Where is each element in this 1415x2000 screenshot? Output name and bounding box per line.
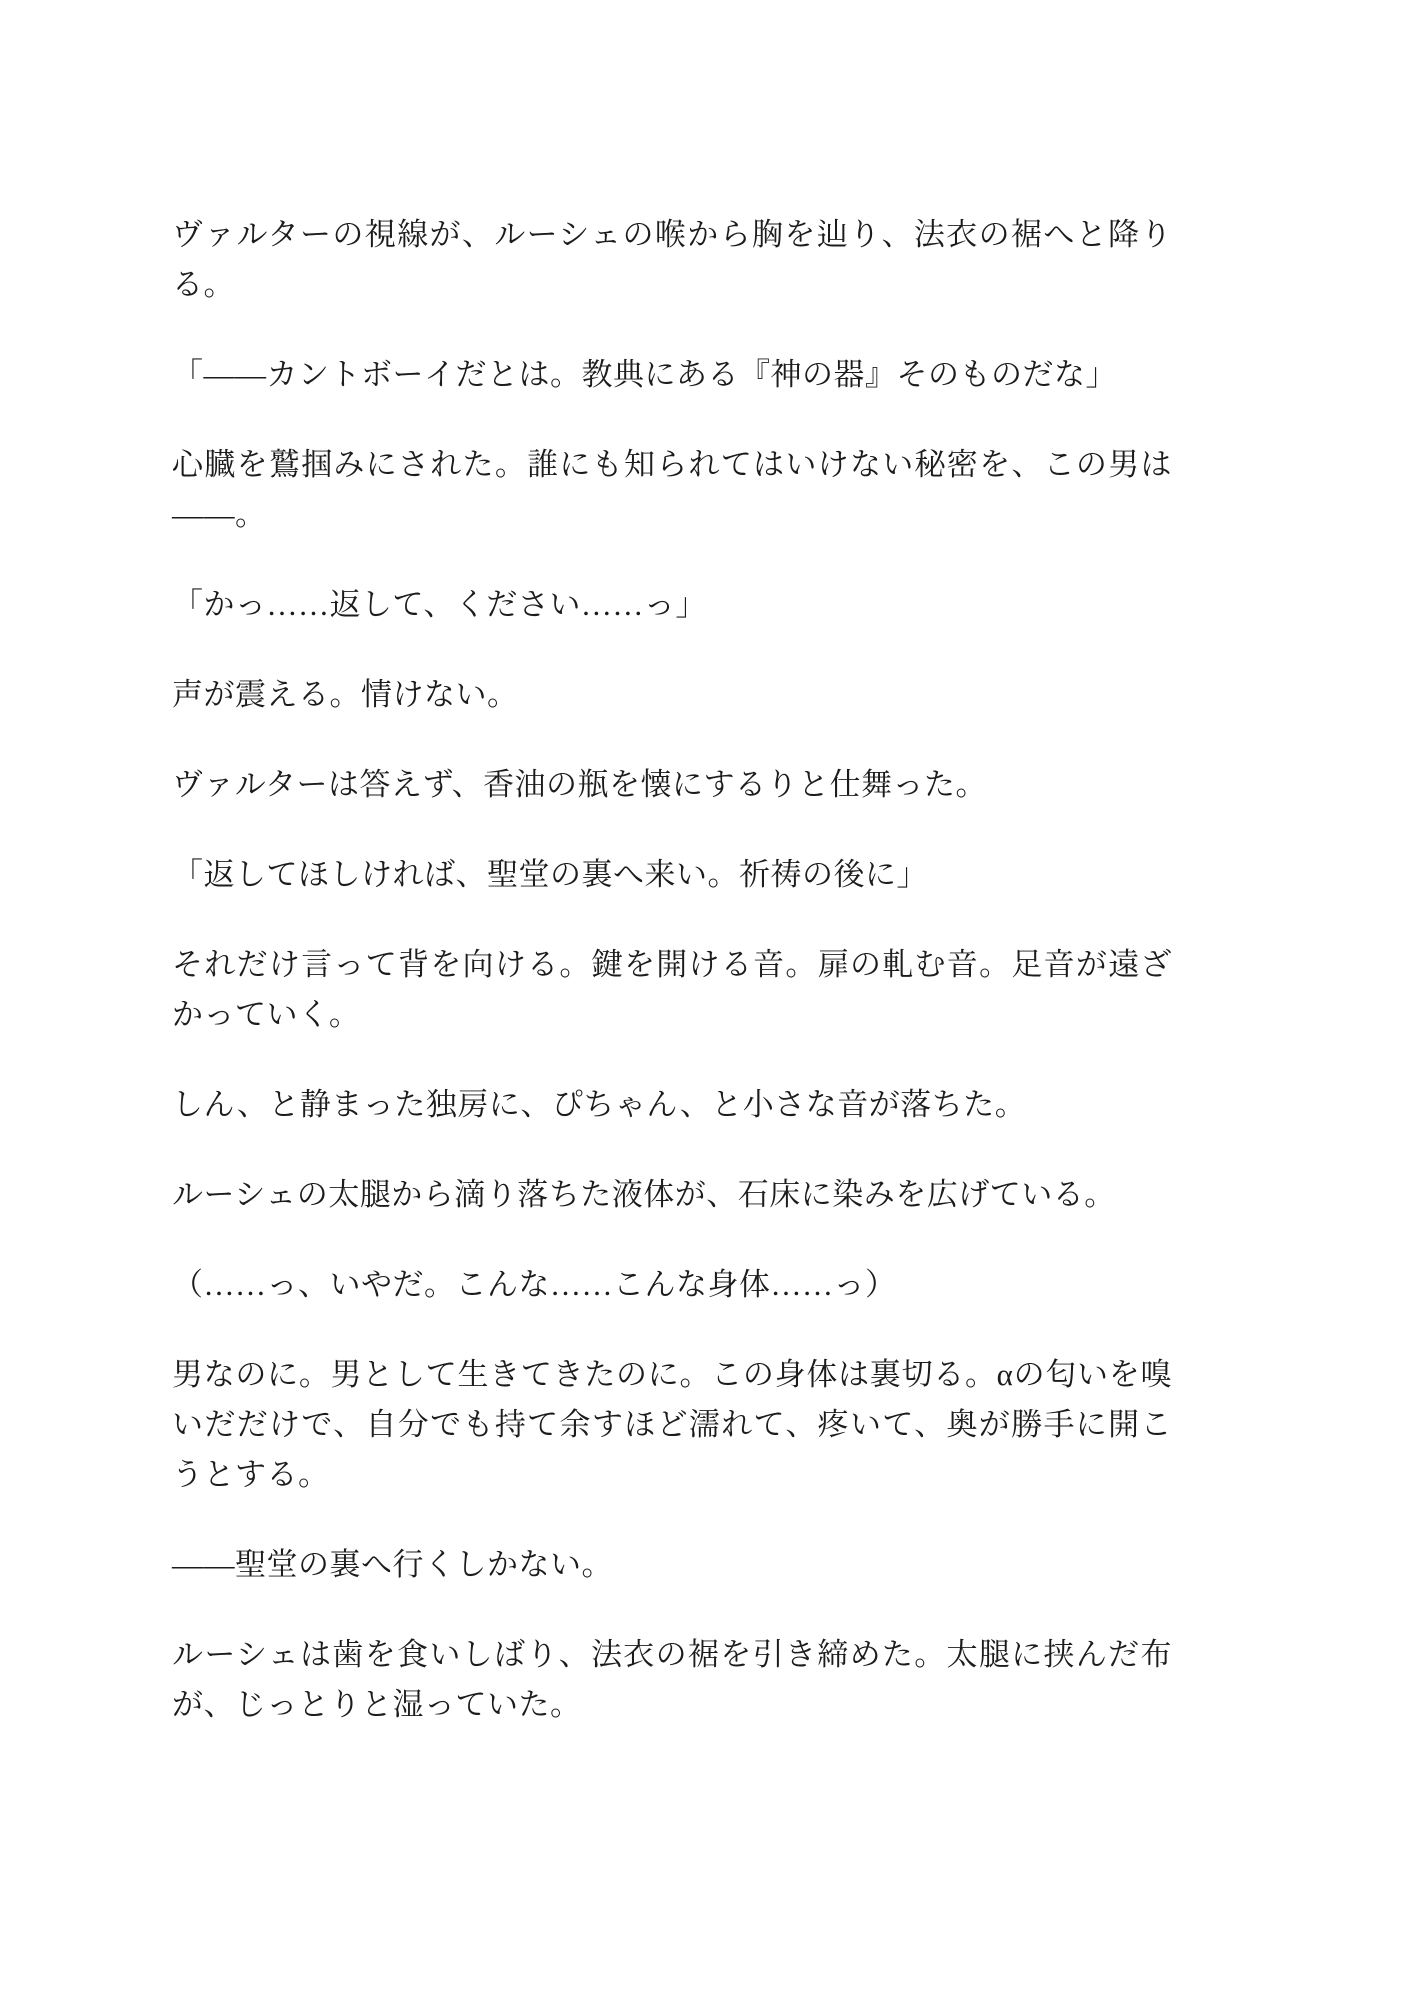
paragraph: ——聖堂の裏へ行くしかない。 [172, 1540, 1172, 1590]
paragraph: 「返してほしければ、聖堂の裏へ来い。祈祷の後に」 [172, 850, 1172, 900]
paragraph: 声が震える。情けない。 [172, 670, 1172, 720]
document-page: ヴァルターの視線が、ルーシェの喉から胸を辿り、法衣の裾へと降りる。 「——カント… [172, 210, 1172, 1730]
paragraph: しん、と静まった独房に、ぴちゃん、と小さな音が落ちた。 [172, 1080, 1172, 1130]
paragraph: 「——カントボーイだとは。教典にある『神の器』そのものだな」 [172, 350, 1172, 400]
paragraph: ルーシェは歯を食いしばり、法衣の裾を引き締めた。太腿に挟んだ布が、じっとりと湿っ… [172, 1630, 1172, 1730]
paragraph: ルーシェの太腿から滴り落ちた液体が、石床に染みを広げている。 [172, 1170, 1172, 1220]
paragraph: 男なのに。男として生きてきたのに。この身体は裏切る。αの匂いを嗅いだだけで、自分… [172, 1350, 1172, 1500]
paragraph: 心臓を鷲掴みにされた。誰にも知られてはいけない秘密を、この男は——。 [172, 440, 1172, 540]
paragraph: それだけ言って背を向ける。鍵を開ける音。扉の軋む音。足音が遠ざかっていく。 [172, 940, 1172, 1040]
paragraph: ヴァルターの視線が、ルーシェの喉から胸を辿り、法衣の裾へと降りる。 [172, 210, 1172, 310]
paragraph: ヴァルターは答えず、香油の瓶を懐にするりと仕舞った。 [172, 760, 1172, 810]
paragraph: （……っ、いやだ。こんな……こんな身体……っ） [172, 1260, 1172, 1310]
paragraph: 「かっ……返して、ください……っ」 [172, 580, 1172, 630]
